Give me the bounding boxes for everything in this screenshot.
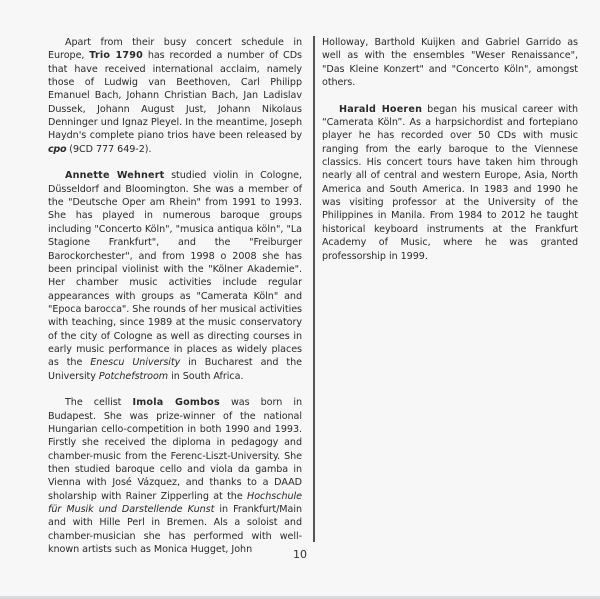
artist-name: Harald Hoeren xyxy=(339,104,422,115)
cpo-label-logo: cpo xyxy=(48,144,66,155)
imola-gombos-continuation: Holloway, Barthold Kuijken and Gabriel G… xyxy=(322,36,578,89)
artist-name: Annette Wehnert xyxy=(65,170,164,181)
ensemble-name: Trio 1790 xyxy=(89,50,143,61)
trio-1790-paragraph: Apart from their busy concert schedule i… xyxy=(48,36,302,156)
annette-wehnert-paragraph: Annette Wehnert studied violin in Cologn… xyxy=(48,169,302,383)
artist-name: Imola Gombos xyxy=(132,397,219,408)
left-column: Apart from their busy concert schedule i… xyxy=(48,36,302,556)
imola-gombos-paragraph: The cellist Imola Gombos was born in Bud… xyxy=(48,396,302,556)
page-number: 10 xyxy=(0,548,600,561)
right-column: Holloway, Barthold Kuijken and Gabriel G… xyxy=(322,36,578,263)
column-divider xyxy=(313,36,315,542)
harald-hoeren-paragraph: Harald Hoeren began his musical career w… xyxy=(322,103,578,263)
